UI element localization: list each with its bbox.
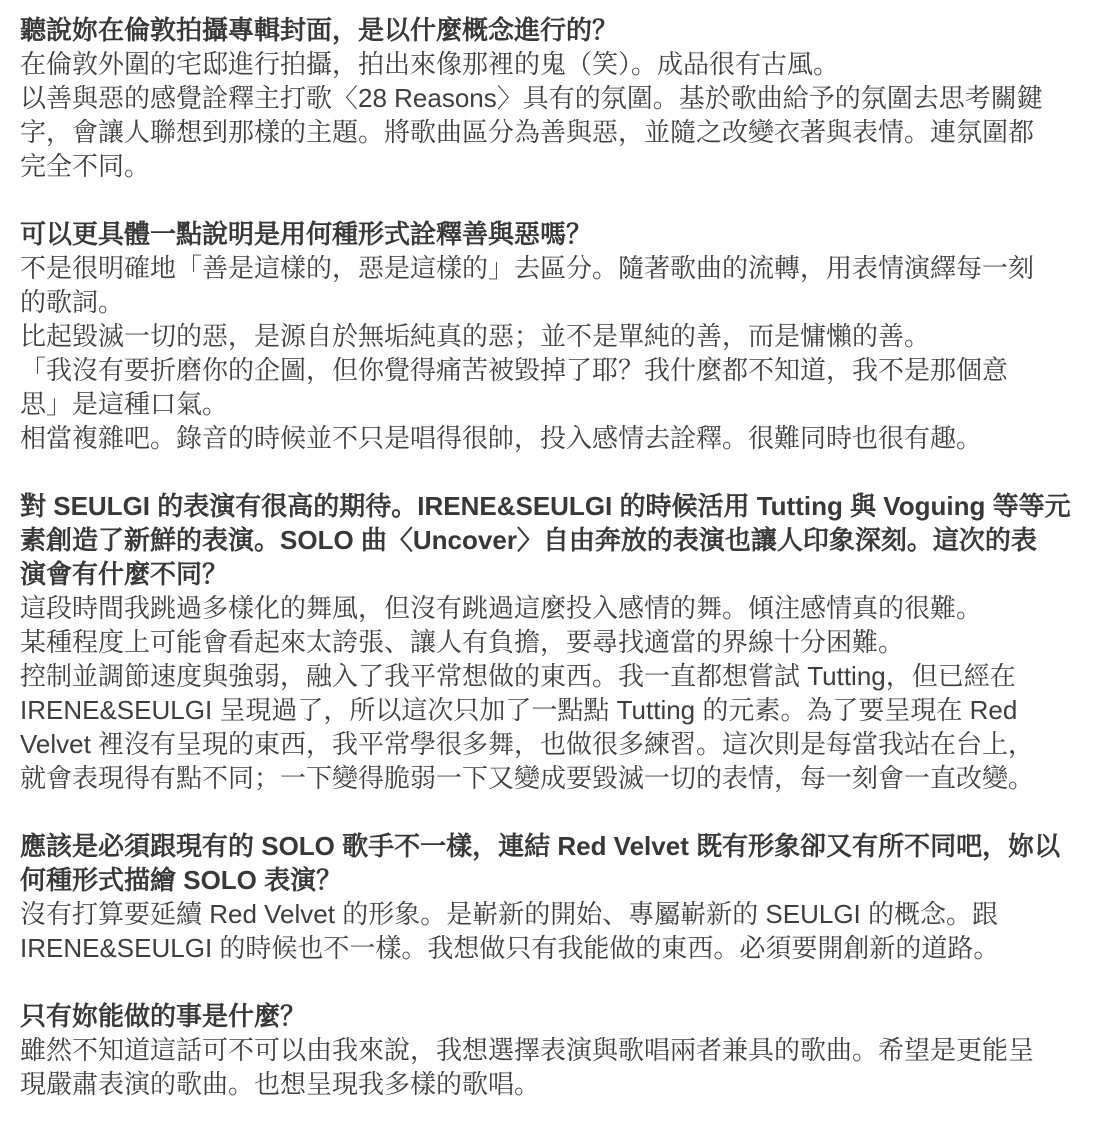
question-text: 對 SEULGI 的表演有很高的期待。IRENE&SEULGI 的時候活用 Tu…: [20, 489, 1102, 591]
qa-section: 應該是必須跟現有的 SOLO 歌手不一樣，連結 Red Velvet 既有形象卻…: [20, 829, 1102, 965]
answer-line: 字，會讓人聯想到那樣的主題。將歌曲區分為善與惡，並隨之改變衣著與表情。連氛圍都: [20, 115, 1102, 149]
qa-section: 聽說妳在倫敦拍攝專輯封面，是以什麼概念進行的？在倫敦外圍的宅邸進行拍攝，拍出來像…: [20, 13, 1102, 183]
answer-text: 沒有打算要延續 Red Velvet 的形象。是嶄新的開始、專屬嶄新的 SEUL…: [20, 897, 1102, 965]
question-line: 應該是必須跟現有的 SOLO 歌手不一樣，連結 Red Velvet 既有形象卻…: [20, 829, 1102, 863]
qa-section: 對 SEULGI 的表演有很高的期待。IRENE&SEULGI 的時候活用 Tu…: [20, 489, 1102, 795]
answer-text: 雖然不知道這話可不可以由我來說，我想選擇表演與歌唱兩者兼具的歌曲。希望是更能呈現…: [20, 1033, 1102, 1101]
question-line: 可以更具體一點說明是用何種形式詮釋善與惡嗎？: [20, 217, 1102, 251]
answer-line: 思」是這種口氣。: [20, 387, 1102, 421]
question-line: 聽說妳在倫敦拍攝專輯封面，是以什麼概念進行的？: [20, 13, 1102, 47]
question-line: 對 SEULGI 的表演有很高的期待。IRENE&SEULGI 的時候活用 Tu…: [20, 489, 1102, 523]
question-text: 應該是必須跟現有的 SOLO 歌手不一樣，連結 Red Velvet 既有形象卻…: [20, 829, 1102, 897]
answer-line: IRENE&SEULGI 的時候也不一樣。我想做只有我能做的東西。必須要開創新的…: [20, 931, 1102, 965]
answer-line: 的歌詞。: [20, 285, 1102, 319]
answer-line: 這段時間我跳過多樣化的舞風，但沒有跳過這麼投入感情的舞。傾注感情真的很難。: [20, 591, 1102, 625]
answer-line: 現嚴肅表演的歌曲。也想呈現我多樣的歌唱。: [20, 1067, 1102, 1101]
question-line: 何種形式描繪 SOLO 表演？: [20, 863, 1102, 897]
answer-line: IRENE&SEULGI 呈現過了，所以這次只加了一點點 Tutting 的元素…: [20, 693, 1102, 727]
question-text: 聽說妳在倫敦拍攝專輯封面，是以什麼概念進行的？: [20, 13, 1102, 47]
answer-line: 不是很明確地「善是這樣的，惡是這樣的」去區分。隨著歌曲的流轉，用表情演繹每一刻: [20, 251, 1102, 285]
answer-line: 控制並調節速度與強弱，融入了我平常想做的東西。我一直都想嘗試 Tutting，但…: [20, 659, 1102, 693]
question-line: 只有妳能做的事是什麼？: [20, 999, 1102, 1033]
question-text: 可以更具體一點說明是用何種形式詮釋善與惡嗎？: [20, 217, 1102, 251]
answer-line: 完全不同。: [20, 149, 1102, 183]
interview-article: 聽說妳在倫敦拍攝專輯封面，是以什麼概念進行的？在倫敦外圍的宅邸進行拍攝，拍出來像…: [0, 0, 1120, 1101]
answer-line: 沒有打算要延續 Red Velvet 的形象。是嶄新的開始、專屬嶄新的 SEUL…: [20, 897, 1102, 931]
answer-line: 雖然不知道這話可不可以由我來說，我想選擇表演與歌唱兩者兼具的歌曲。希望是更能呈: [20, 1033, 1102, 1067]
answer-text: 不是很明確地「善是這樣的，惡是這樣的」去區分。隨著歌曲的流轉，用表情演繹每一刻的…: [20, 251, 1102, 455]
question-line: 演會有什麼不同？: [20, 557, 1102, 591]
answer-line: 相當複雜吧。錄音的時候並不只是唱得很帥，投入感情去詮釋。很難同時也很有趣。: [20, 421, 1102, 455]
answer-line: 以善與惡的感覺詮釋主打歌〈28 Reasons〉具有的氛圍。基於歌曲給予的氛圍去…: [20, 81, 1102, 115]
answer-line: Velvet 裡沒有呈現的東西，我平常學很多舞，也做很多練習。這次則是每當我站在…: [20, 727, 1102, 761]
answer-line: 就會表現得有點不同；一下變得脆弱一下又變成要毀滅一切的表情，每一刻會一直改變。: [20, 761, 1102, 795]
qa-section: 可以更具體一點說明是用何種形式詮釋善與惡嗎？不是很明確地「善是這樣的，惡是這樣的…: [20, 217, 1102, 455]
answer-text: 這段時間我跳過多樣化的舞風，但沒有跳過這麼投入感情的舞。傾注感情真的很難。某種程…: [20, 591, 1102, 795]
answer-line: 比起毀滅一切的惡，是源自於無垢純真的惡；並不是單純的善，而是慵懶的善。: [20, 319, 1102, 353]
answer-line: 「我沒有要折磨你的企圖，但你覺得痛苦被毀掉了耶？我什麼都不知道，我不是那個意: [20, 353, 1102, 387]
answer-line: 某種程度上可能會看起來太誇張、讓人有負擔，要尋找適當的界線十分困難。: [20, 625, 1102, 659]
answer-text: 在倫敦外圍的宅邸進行拍攝，拍出來像那裡的鬼（笑）。成品很有古風。以善與惡的感覺詮…: [20, 47, 1102, 183]
question-text: 只有妳能做的事是什麼？: [20, 999, 1102, 1033]
qa-section: 只有妳能做的事是什麼？雖然不知道這話可不可以由我來說，我想選擇表演與歌唱兩者兼具…: [20, 999, 1102, 1101]
answer-line: 在倫敦外圍的宅邸進行拍攝，拍出來像那裡的鬼（笑）。成品很有古風。: [20, 47, 1102, 81]
question-line: 素創造了新鮮的表演。SOLO 曲〈Uncover〉自由奔放的表演也讓人印象深刻。…: [20, 523, 1102, 557]
